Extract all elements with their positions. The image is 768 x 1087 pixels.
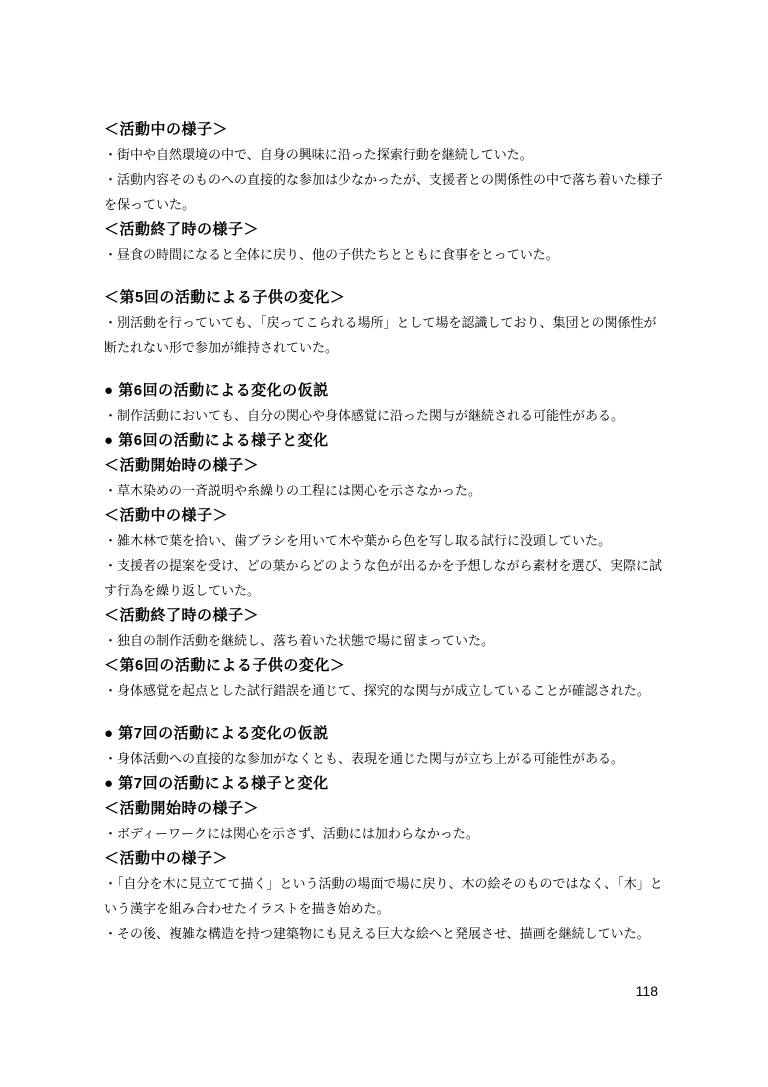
bullet-paragraph: ・独自の制作活動を継続し、落ち着いた状態で場に留まっていた。	[104, 628, 666, 653]
bullet-paragraph: ・雑木林で葉を拾い、歯ブラシを用いて木や葉から色を写し取る試行に没頭していた。	[104, 528, 666, 553]
bullet-paragraph: ・支援者の提案を受け、どの葉からどのような色が出るかを予想しながら素材を選び、実…	[104, 553, 666, 603]
bullet-paragraph: ・制作活動においても、自分の関心や身体感覚に沿った関与が継続される可能性がある。	[104, 403, 666, 428]
bullet-paragraph: ・その後、複雑な構造を持つ建築物にも見える巨大な絵へと発展させ、描画を継続してい…	[104, 921, 666, 946]
angle-heading: ＜活動開始時の様子＞	[104, 453, 666, 478]
angle-heading: ＜活動中の様子＞	[104, 117, 666, 142]
angle-heading: ＜活動中の様子＞	[104, 846, 666, 871]
angle-heading: ＜第6回の活動による子供の変化＞	[104, 653, 666, 678]
bullet-paragraph: ・活動内容そのものへの直接的な参加は少なかったが、支援者との関係性の中で落ち着い…	[104, 167, 666, 217]
angle-heading: ＜活動中の様子＞	[104, 503, 666, 528]
bullet-paragraph: ・別活動を行っていても、「戻ってこられる場所」として場を認識しており、集団との関…	[104, 310, 666, 360]
bullet-paragraph: ・昼食の時間になると全体に戻り、他の子供たちとともに食事をとっていた。	[104, 242, 666, 267]
bullet-paragraph: ・「自分を木に見立てて描く」という活動の場面で場に戻り、木の絵そのものではなく、…	[104, 871, 666, 921]
angle-heading: ＜活動開始時の様子＞	[104, 796, 666, 821]
page-number: 118	[636, 981, 658, 1001]
bullet-paragraph: ・身体活動への直接的な参加がなくとも、表現を通じた関与が立ち上がる可能性がある。	[104, 746, 666, 771]
bullet-heading: ● 第6回の活動による様子と変化	[104, 428, 666, 453]
document-page: ＜活動中の様子＞・街中や自然環境の中で、自身の興味に沿った探索行動を継続していた…	[0, 0, 768, 1087]
bullet-heading: ● 第7回の活動による様子と変化	[104, 771, 666, 796]
bullet-paragraph: ・身体感覚を起点とした試行錯誤を通じて、探究的な関与が成立していることが確認され…	[104, 678, 666, 703]
bullet-paragraph: ・ボディーワークには関心を示さず、活動には加わらなかった。	[104, 821, 666, 846]
bullet-paragraph: ・街中や自然環境の中で、自身の興味に沿った探索行動を継続していた。	[104, 142, 666, 167]
angle-heading: ＜活動終了時の様子＞	[104, 217, 666, 242]
bullet-paragraph: ・草木染めの一斉説明や糸繰りの工程には関心を示さなかった。	[104, 478, 666, 503]
document-content: ＜活動中の様子＞・街中や自然環境の中で、自身の興味に沿った探索行動を継続していた…	[104, 117, 666, 946]
angle-heading: ＜活動終了時の様子＞	[104, 603, 666, 628]
bullet-heading: ● 第7回の活動による変化の仮説	[104, 721, 666, 746]
angle-heading: ＜第5回の活動による子供の変化＞	[104, 285, 666, 310]
bullet-heading: ● 第6回の活動による変化の仮説	[104, 378, 666, 403]
